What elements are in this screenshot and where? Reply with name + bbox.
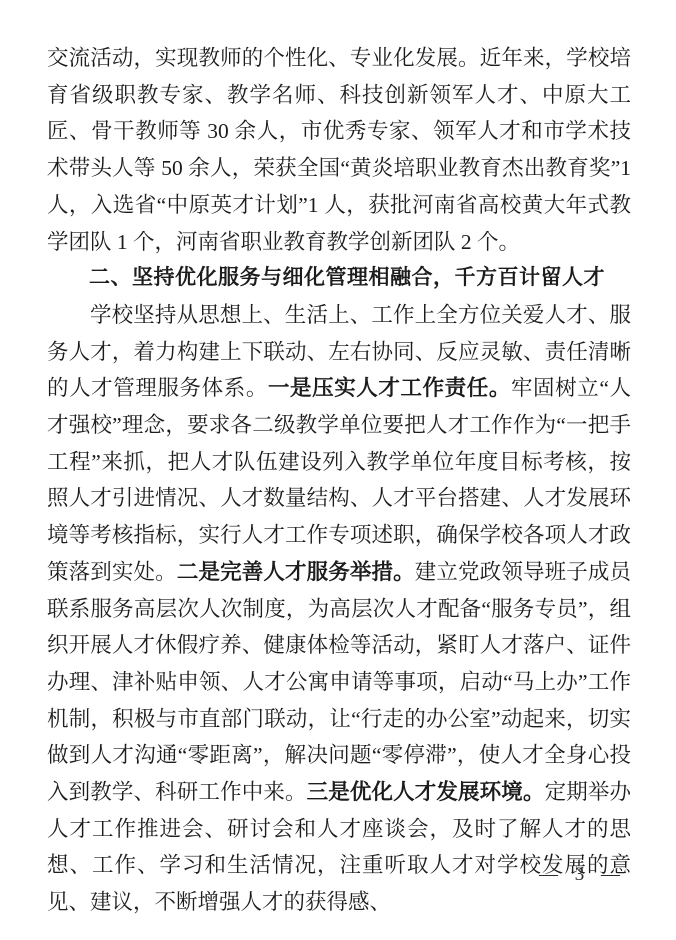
body-run-text: 牢固树立“人才强校”理念，要求各二级教学单位要把人才工作作为“一把手工程”来抓，… xyxy=(47,376,631,584)
body-run-text: 建立党政领导班子成员联系服务高层次人次制度，为高层次人才配备“服务专员”，组织开… xyxy=(47,560,631,804)
inline-subheading-3: 三是优化人才发展环境。 xyxy=(307,780,545,804)
document-page: 交流活动，实现教师的个性化、专业化发展。近年来，学校培育省级职教专家、教学名师、… xyxy=(0,0,676,940)
page-number: — 3 — xyxy=(539,864,626,886)
paragraph-body: 学校坚持从思想上、生活上、工作上全方位关爱人才、服务人才，着力构建上下联动、左右… xyxy=(47,297,631,921)
document-body: 交流活动，实现教师的个性化、专业化发展。近年来，学校培育省级职教专家、教学名师、… xyxy=(47,40,631,921)
inline-subheading-2: 二是完善人才服务举措。 xyxy=(177,560,415,584)
inline-subheading-1: 一是压实人才工作责任。 xyxy=(268,376,511,400)
paragraph-continuation: 交流活动，实现教师的个性化、专业化发展。近年来，学校培育省级职教专家、教学名师、… xyxy=(47,40,631,260)
section-heading: 二、坚持优化服务与细化管理相融合，千方百计留人才 xyxy=(47,260,631,297)
